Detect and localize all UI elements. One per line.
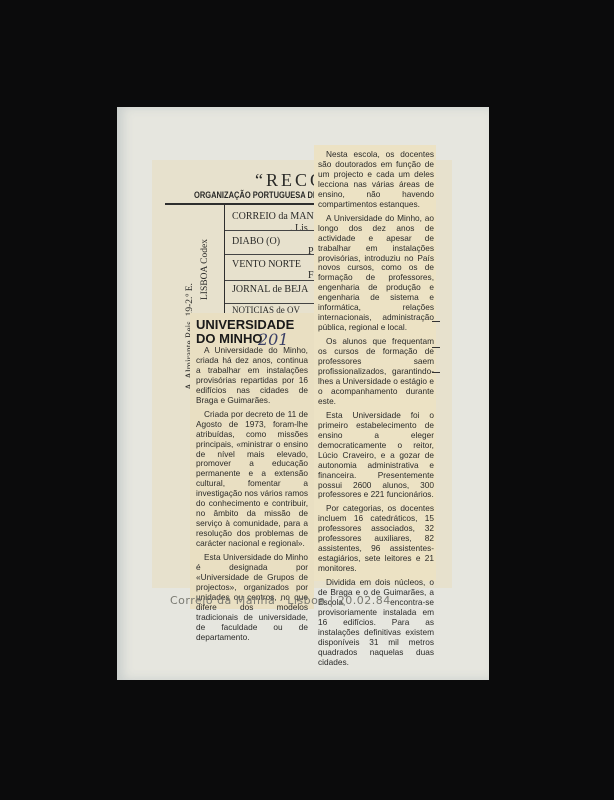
- table-row-detail: . Lis: [290, 223, 308, 234]
- table-row: CORREIO da MANH: [232, 211, 321, 222]
- city-vertical: LISBOA Codex: [200, 239, 210, 300]
- paragraph: Dividida em dois núcleos, o de Braga e o…: [318, 578, 434, 668]
- paragraph: Os alunos que frequentam os cursos de fo…: [318, 337, 434, 407]
- table-divider: [225, 230, 320, 231]
- table-row: VENTO NORTE: [232, 259, 301, 270]
- margin-mark: [432, 372, 440, 373]
- paragraph: Nesta escola, os docentes são doutorados…: [318, 150, 434, 210]
- margin-mark: [432, 347, 440, 348]
- margin-mark: [432, 321, 440, 322]
- paragraph: Esta Universidade foi o primeiro estabel…: [318, 411, 434, 501]
- handwritten-source-caption: Correio da Manhã · Lisboa | 20.02.84: [170, 594, 391, 607]
- table-row: JORNAL de BEJA: [232, 284, 308, 295]
- table-divider: [225, 303, 320, 304]
- table-row-detail: P: [308, 246, 314, 257]
- divider: [165, 203, 320, 205]
- table-divider: [225, 280, 320, 281]
- table-row: DIABO (O): [232, 236, 280, 247]
- paragraph: Por categorias, os docentes incluem 16 c…: [318, 504, 434, 574]
- paragraph: A Universidade do Minho, criada há dez a…: [196, 346, 308, 406]
- table-divider: [225, 254, 320, 255]
- paragraph: A Universidade do Minho, ao longo dos de…: [318, 214, 434, 333]
- divider-vertical: [224, 204, 225, 314]
- paragraph: Criada por decreto de 11 de Agosto de 19…: [196, 410, 308, 549]
